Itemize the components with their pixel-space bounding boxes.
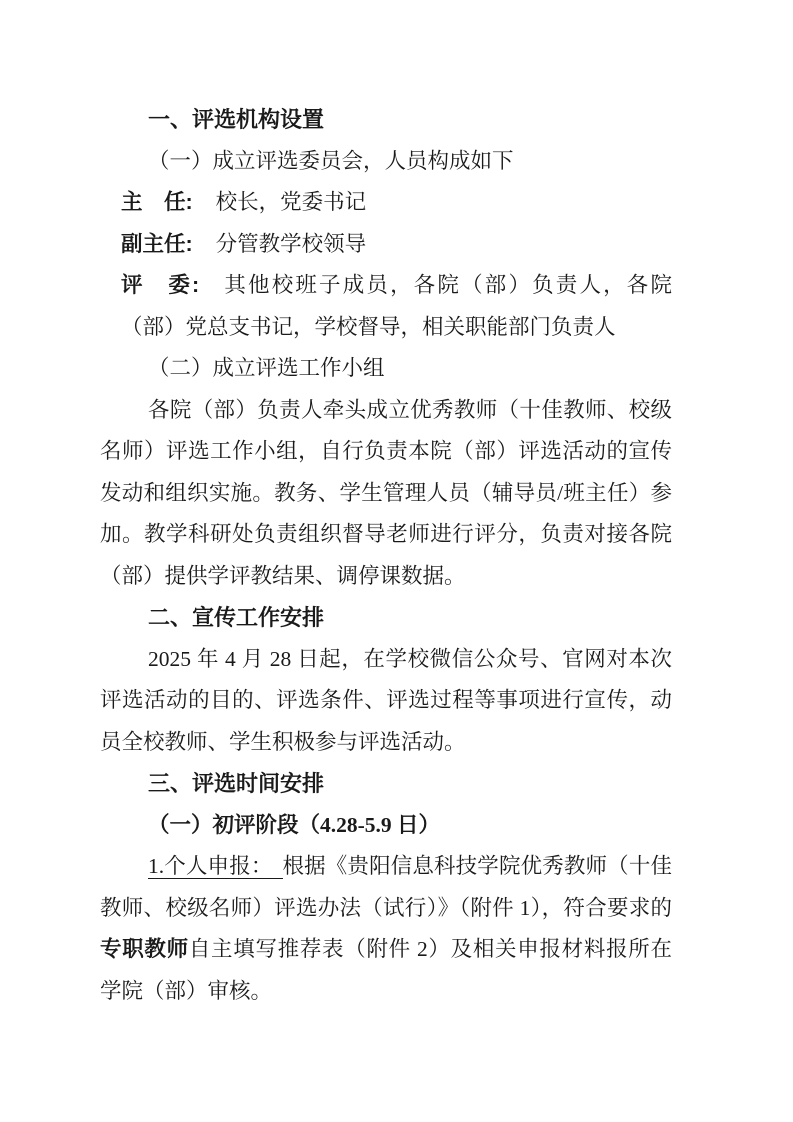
deputy-director-value: 分管教学校领导 xyxy=(216,232,367,256)
section-1-2-subheading: （二）成立评选工作小组 xyxy=(100,348,672,390)
phase-1-heading: （一）初评阶段（4.28-5.9 日） xyxy=(100,805,672,847)
section-2-heading: 二、宣传工作安排 xyxy=(100,597,672,639)
step-1-bold-term: 专职教师 xyxy=(100,937,189,961)
director-line: 主 任:校长，党委书记 xyxy=(121,182,672,224)
committee-line: 评 委:其他校班子成员，各院（部）负责人，各院（部）党总支书记，学校督导，相关职… xyxy=(121,265,672,348)
workgroup-paragraph: 各院（部）负责人牵头成立优秀教师（十佳教师、校级名师）评选工作小组，自行负责本院… xyxy=(100,390,672,598)
deputy-director-line: 副主任:分管教学校领导 xyxy=(121,224,672,266)
director-value: 校长，党委书记 xyxy=(216,190,367,214)
committee-label: 评 委: xyxy=(121,273,199,297)
committee-value: 其他校班子成员，各院（部）负责人，各院（部）党总支书记，学校督导，相关职能部门负… xyxy=(121,273,672,339)
document-page: 一、评选机构设置 （一）成立评选委员会，人员构成如下 主 任:校长，党委书记 副… xyxy=(0,0,793,1122)
director-label: 主 任: xyxy=(121,190,193,214)
deputy-director-label: 副主任: xyxy=(121,232,193,256)
section-1-1-subheading: （一）成立评选委员会，人员构成如下 xyxy=(100,141,672,183)
step-1-paragraph: 1.个人申报：根据《贵阳信息科技学院优秀教师（十佳教师、校级名师）评选办法（试行… xyxy=(100,846,672,1012)
publicity-paragraph: 2025 年 4 月 28 日起，在学校微信公众号、官网对本次评选活动的目的、评… xyxy=(100,639,672,764)
step-1-underlined-lead: 1.个人申报： xyxy=(148,854,283,879)
section-3-heading: 三、评选时间安排 xyxy=(100,763,672,805)
section-1-heading: 一、评选机构设置 xyxy=(100,99,672,141)
